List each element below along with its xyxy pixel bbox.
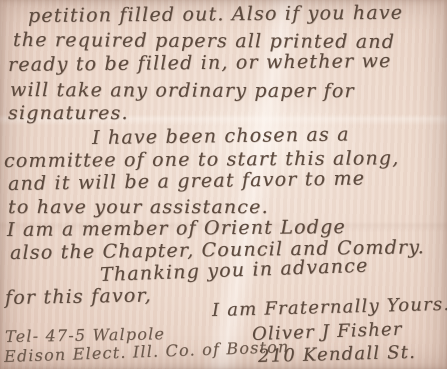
letter-line: for this favor, [5, 284, 152, 309]
letter-line: ready to be filled in, or whether we [8, 50, 392, 76]
letter-line: signatures. [8, 102, 129, 124]
letter-line: will take any ordinary paper for [10, 79, 355, 102]
letter-line: petition filled out. Also if you have [28, 2, 403, 27]
letter-line: and it will be a great favor to me [8, 167, 365, 195]
handwritten-letter-page: petition filled out. Also if you have th… [0, 0, 447, 369]
letter-line: the required papers all printed and [13, 29, 395, 53]
letter-signature-address: 210 Kendall St. [258, 342, 417, 367]
letter-line: to have your assistance. [8, 196, 269, 218]
letter-closing: I am Fraternally Yours. [212, 294, 447, 321]
letter-line: I have been chosen as a [92, 123, 350, 149]
